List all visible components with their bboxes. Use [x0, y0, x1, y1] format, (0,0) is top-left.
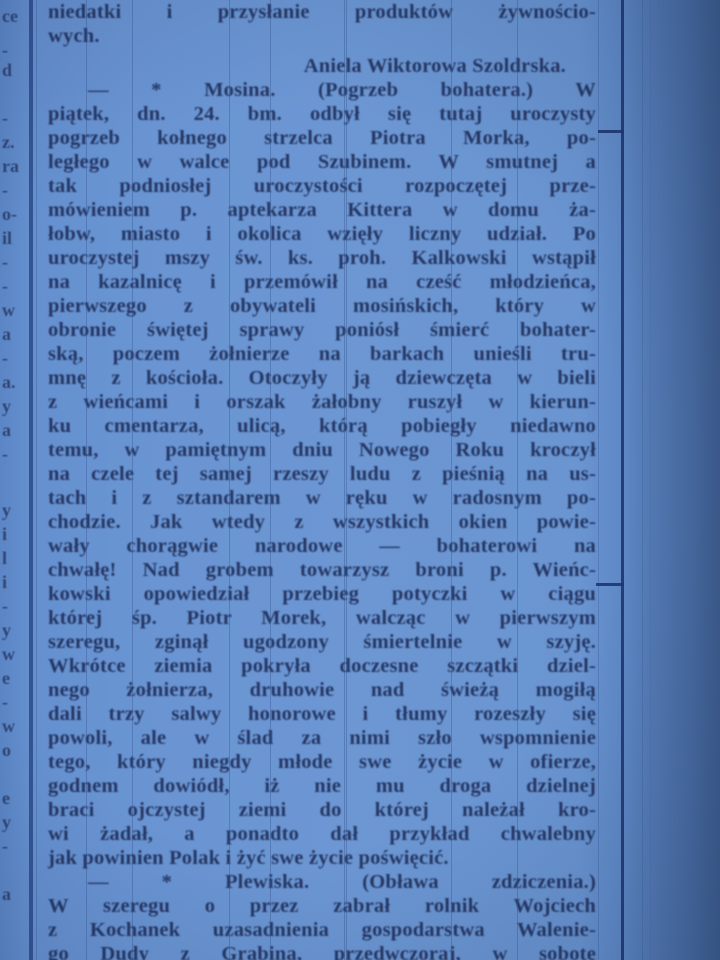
article-line: łobw, miasto i okolica wzięły liczny udz…	[48, 222, 596, 246]
article-line: Wkrótce ziemia pokryła doczesne szczątki…	[48, 654, 596, 678]
article-line: dali trzy salwy honorowe i tłumy rozeszł…	[48, 702, 596, 726]
left-column-fragment: a	[2, 324, 11, 345]
article-line: temu, w pamiętnym dniu Nowego Roku krocz…	[48, 438, 596, 462]
article-line: godnem dowiódł, iż nie mu droga dzielnej	[48, 774, 596, 798]
article-line: wi żadał, a ponadto dał przykład chwaleb…	[48, 822, 596, 846]
left-column-fragment: a.	[2, 372, 16, 393]
article-line: na kazalnicę i przemówił na cześć młodzi…	[48, 270, 596, 294]
right-column-rule-inner	[598, 0, 599, 960]
left-column-fragment: y	[2, 500, 11, 521]
left-column-fragment: -	[2, 348, 8, 369]
margin-fold-line	[642, 0, 643, 960]
article-line: chodzie. Jak wtedy z wszystkich okien po…	[48, 510, 596, 534]
article-line: ską, poczem żołnierze na barkach unieśli…	[48, 342, 596, 366]
article-line: chwałę! Nad grobem towarzysz broni p. Wi…	[48, 558, 596, 582]
left-column-fragment: w	[2, 644, 15, 665]
left-column-fragment: -	[2, 692, 8, 713]
film-scratch	[346, 0, 347, 960]
article-line: mnę z kościoła. Otoczyły ją dziewczęta w…	[48, 366, 596, 390]
article-line: uroczystej mszy św. ks. proh. Kalkowski …	[48, 246, 596, 270]
article-line: jak powinien Polak i żyć swe życie poświ…	[48, 846, 596, 870]
film-scratch	[229, 0, 230, 960]
left-column-fragment: o-	[2, 204, 17, 225]
article-line: kowski opowiedział przebieg potyczki w c…	[48, 582, 596, 606]
left-column-fragment: a	[2, 420, 11, 441]
left-column-fragment: -	[2, 836, 8, 857]
left-column-rule	[29, 0, 33, 960]
left-column-fragment: -	[2, 444, 8, 465]
left-column-fragment: w	[2, 716, 15, 737]
article-line: z Kochanek uzasadnienia gospodarstwa Wal…	[48, 918, 596, 942]
article-line: szeregu, zginął ugodzony śmiertelnie w s…	[48, 630, 596, 654]
left-column-fragment: e	[2, 668, 10, 689]
left-column-fragment: ra	[2, 156, 19, 177]
margin-tick-mark	[598, 130, 624, 133]
left-column-fragment: -	[2, 252, 8, 273]
article-line: wych.	[48, 24, 596, 48]
article-line: tego, który niegdy młode swe życie w ofi…	[48, 750, 596, 774]
article-line: wały chorągwie narodowe — bohaterowi na	[48, 534, 596, 558]
article-line: tak podniosłej uroczystości rozpoczętej …	[48, 174, 596, 198]
article-line: nego żołnierza, druhowie nad świeżą mogi…	[48, 678, 596, 702]
article-line: ku cmentarza, ulicą, którą pobiegły nied…	[48, 414, 596, 438]
left-column-fragment: -	[2, 596, 8, 617]
left-column-fragment: o	[2, 740, 11, 761]
margin-fold-line	[650, 0, 651, 960]
left-column-fragment: z.	[2, 132, 15, 153]
left-column-fragment: w	[2, 300, 15, 321]
article-line: — * Plewiska. (Obława zdziczenia.)	[48, 870, 596, 894]
article-line: braci ojczystej ziemi do której należał …	[48, 798, 596, 822]
article-line: — * Mosina. (Pogrzeb bohatera.) W	[48, 78, 596, 102]
margin-tick-mark	[596, 583, 624, 586]
film-scratch	[517, 0, 518, 960]
article-line: go Dudy z Grabina, przedwczoraj, w sobot…	[48, 942, 596, 960]
left-column-fragment: -	[2, 276, 8, 297]
article-line: tach i z sztandarem w ręku w radosnym po…	[48, 486, 596, 510]
left-column-fragment: a	[2, 884, 11, 905]
article-line: której śp. Piotr Morek, walcząc w pierws…	[48, 606, 596, 630]
film-scratch	[451, 0, 452, 960]
right-column-rule	[621, 0, 624, 960]
film-scratch	[132, 0, 133, 960]
left-column-fragment: i	[2, 524, 7, 545]
article-line: na czele tej samej rzeszy ludu z pieśnią…	[48, 462, 596, 486]
article-line: niedatki i przysłanie produktów żywności…	[48, 0, 596, 24]
article-line: W szeregu o przez zabrał rolnik Wojciech	[48, 894, 596, 918]
film-scratch	[344, 0, 345, 960]
left-column-fragment: y	[2, 812, 11, 833]
left-column-fragment: i	[2, 572, 7, 593]
left-column-fragment: ce	[2, 6, 18, 27]
article-line: mówieniem p. aptekarza Kittera w domu ża…	[48, 198, 596, 222]
article-line: z wieńcami i orszak żałobny ruszył w kie…	[48, 390, 596, 414]
left-column-fragment: -	[2, 180, 8, 201]
article-line: obronie świętej sprawy poniósł śmierć bo…	[48, 318, 596, 342]
article-line: ległego w walce pod Szubinem. W smutnej …	[48, 150, 596, 174]
left-column-fragment: -	[2, 108, 8, 129]
article-line: powoli, ale w ślad za nimi szło wspomnie…	[48, 726, 596, 750]
left-column-fragment: -	[2, 40, 8, 61]
article-line: pierwszego z obywateli mosińskich, który…	[48, 294, 596, 318]
article-line: piątek, dn. 24. bm. odbył się tutaj uroc…	[48, 102, 596, 126]
left-column-fragment: e	[2, 788, 10, 809]
left-column-fragment: l	[2, 548, 7, 569]
left-column-fragment: d	[2, 60, 12, 81]
article-line: Aniela Wiktorowa Szoldrska.	[48, 54, 596, 78]
left-column-fragment: y	[2, 620, 11, 641]
newspaper-photo: ce-d-z.ra-o-il--wa-a.ya-yili-ywe-woey-a …	[0, 0, 720, 960]
left-neighbor-column: ce-d-z.ra-o-il--wa-a.ya-yili-ywe-woey-a	[0, 0, 28, 960]
left-column-fragment: y	[2, 396, 11, 417]
left-column-fragment: il	[2, 228, 12, 249]
left-column-rule-inner	[36, 0, 37, 960]
article-line: pogrzeb kołnego strzelca Piotra Morka, p…	[48, 126, 596, 150]
film-scratch	[270, 0, 271, 960]
article-column: niedatki i przysłanie produktów żywności…	[48, 0, 596, 960]
film-scratch	[86, 0, 87, 960]
